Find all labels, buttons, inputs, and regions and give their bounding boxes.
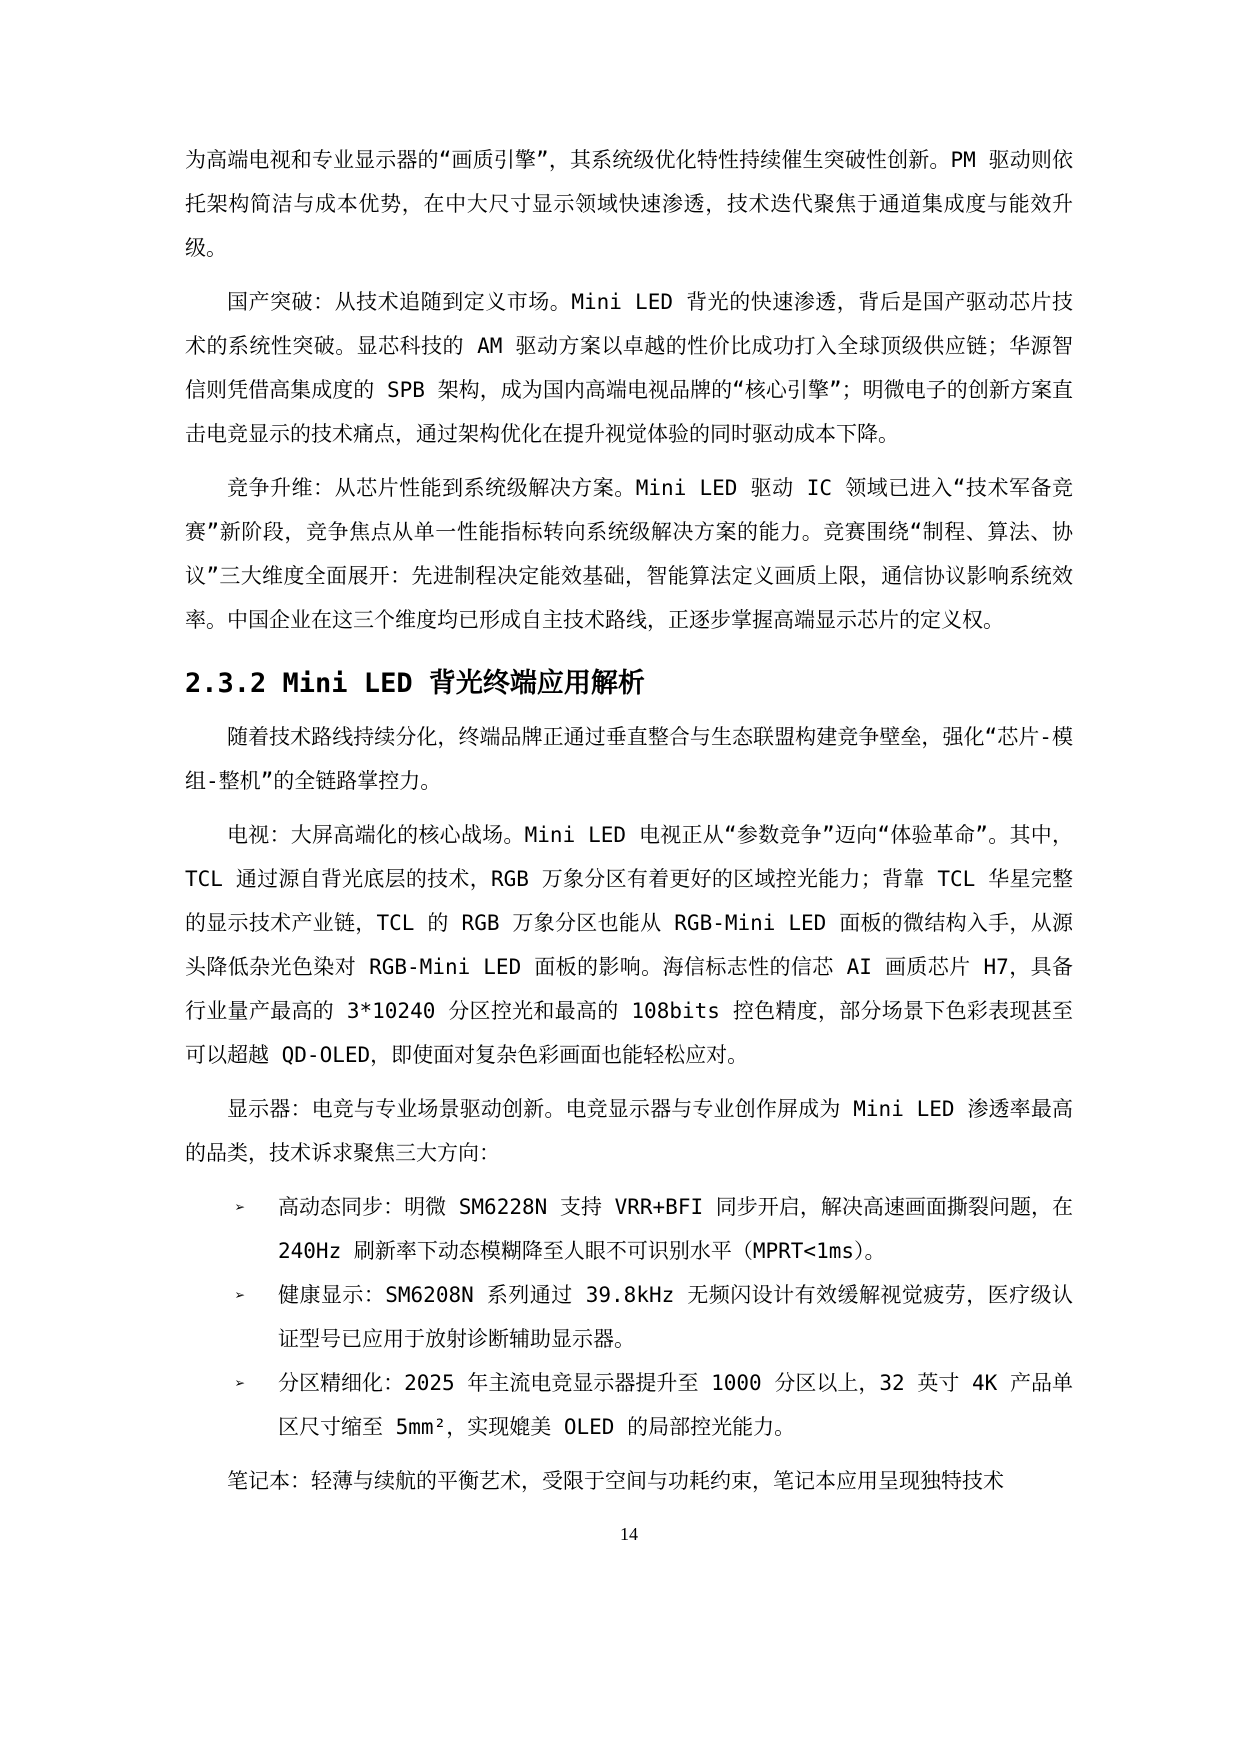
- bullet-list: ➢ 高动态同步：明微 SM6228N 支持 VRR+BFI 同步开启，解决高速画…: [185, 1185, 1073, 1449]
- list-item: ➢ 分区精细化：2025 年主流电竞显示器提升至 1000 分区以上，32 英寸…: [235, 1361, 1073, 1449]
- list-item-text: 分区精细化：2025 年主流电竞显示器提升至 1000 分区以上，32 英寸 4…: [278, 1371, 1073, 1439]
- section-heading-2-3-2: 2.3.2 Mini LED 背光终端应用解析: [185, 661, 1073, 707]
- paragraph-monitor-innovation: 显示器：电竞与专业场景驱动创新。电竞显示器与专业创作屏成为 Mini LED 渗…: [185, 1087, 1073, 1175]
- list-item: ➢ 高动态同步：明微 SM6228N 支持 VRR+BFI 同步开启，解决高速画…: [235, 1185, 1073, 1273]
- list-item: ➢ 健康显示：SM6208N 系列通过 39.8kHz 无频闪设计有效缓解视觉疲…: [235, 1273, 1073, 1361]
- arrow-bullet-icon: ➢: [235, 1362, 245, 1406]
- paragraph-domestic-breakthrough: 国产突破：从技术追随到定义市场。Mini LED 背光的快速渗透，背后是国产驱动…: [185, 280, 1073, 456]
- paragraph-terminal-brands: 随着技术路线持续分化，终端品牌正通过垂直整合与生态联盟构建竞争壁垒，强化“芯片-…: [185, 715, 1073, 803]
- document-page: 为高端电视和专业显示器的“画质引擎”，其系统级优化特性持续催生突破性创新。PM …: [0, 0, 1241, 1754]
- list-item-text: 高动态同步：明微 SM6228N 支持 VRR+BFI 同步开启，解决高速画面撕…: [278, 1195, 1073, 1263]
- paragraph-pm-driver-continuation: 为高端电视和专业显示器的“画质引擎”，其系统级优化特性持续催生突破性创新。PM …: [185, 138, 1073, 270]
- arrow-bullet-icon: ➢: [235, 1274, 245, 1318]
- paragraph-tv-battlefield: 电视：大屏高端化的核心战场。Mini LED 电视正从“参数竞争”迈向“体验革命…: [185, 813, 1073, 1077]
- arrow-bullet-icon: ➢: [235, 1186, 245, 1230]
- list-item-text: 健康显示：SM6208N 系列通过 39.8kHz 无频闪设计有效缓解视觉疲劳，…: [278, 1283, 1073, 1351]
- paragraph-notebook: 笔记本：轻薄与续航的平衡艺术，受限于空间与功耗约束，笔记本应用呈现独特技术: [185, 1459, 1073, 1503]
- page-number: 14: [185, 1521, 1073, 1547]
- paragraph-competition-upgrade: 竞争升维：从芯片性能到系统级解决方案。Mini LED 驱动 IC 领域已进入“…: [185, 466, 1073, 642]
